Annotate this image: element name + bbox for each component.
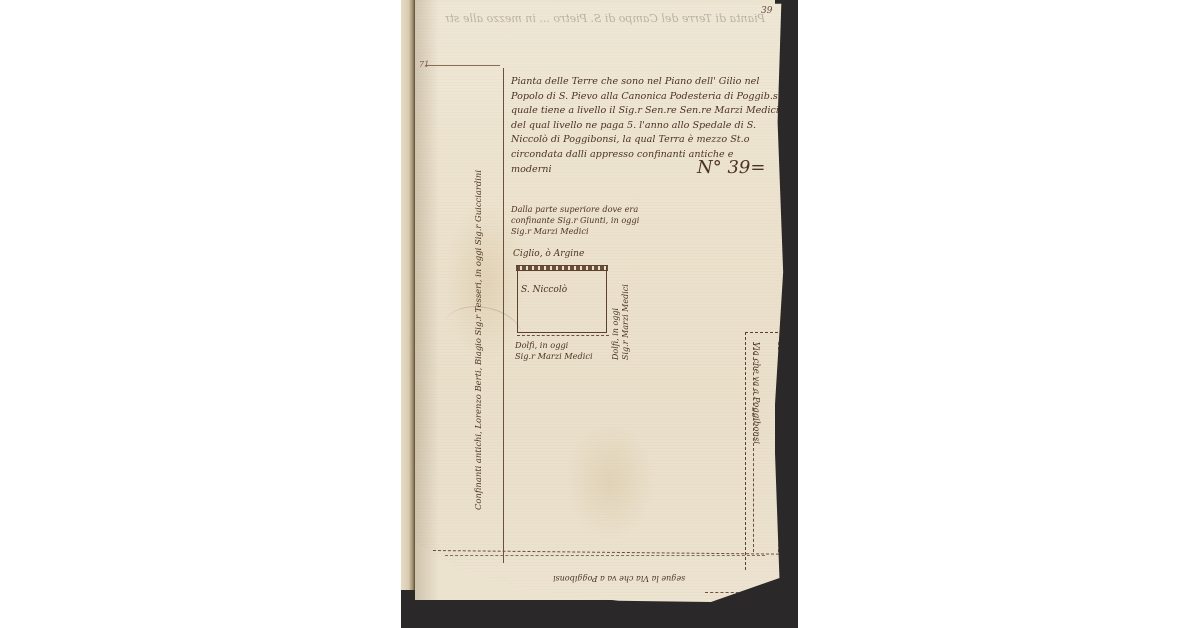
- folio-number: 39: [761, 6, 772, 16]
- plot-outline: [517, 265, 607, 333]
- bottom-dashed-line: [433, 550, 779, 555]
- manuscript-scan: Pianta di Terre del Campo di S. Pietro .…: [401, 0, 798, 628]
- bottom-dashed-line: [705, 592, 775, 593]
- heading-line: Pianta delle Terre che sono nel Piano de…: [511, 75, 797, 90]
- top-rule: [425, 65, 500, 66]
- upper-boundary-label: Dalla parte superiore dove era confinant…: [511, 204, 639, 237]
- bottom-inverted-note: segue la Via che va a Poggibonsi: [553, 574, 685, 583]
- lower-boundary-label: Dolfi, in oggi Sig.r Marzi Medici: [515, 340, 593, 362]
- heading-line: quale tiene a livello il Sig.r Sen.re Se…: [511, 104, 797, 119]
- plate-number: N° 39=: [697, 157, 765, 178]
- left-margin-vertical-label: Confinanti antichi, Lorenzo Berti, Biagi…: [473, 170, 483, 510]
- water-stain: [565, 422, 655, 542]
- margin-rule: [503, 68, 504, 563]
- road-vertical-label: Via che va a Poggibonsi: [751, 342, 761, 444]
- bottom-dashed-line: [445, 555, 765, 556]
- manuscript-page: Pianta di Terre del Campo di S. Pietro .…: [415, 2, 785, 602]
- heading-line: del qual livello ne paga 5. l'anno allo …: [511, 119, 797, 134]
- heading-line: Niccolò di Poggibonsi, la qual Terra è m…: [511, 133, 797, 148]
- right-of-plot-label: Dolfi, in oggi Sig.r Marzi Medici: [611, 284, 631, 360]
- ciglio-label: Ciglio, ò Argine: [513, 249, 584, 260]
- heading-line: Popolo di S. Pievo alla Canonica Podeste…: [511, 90, 797, 105]
- plot-dashed-edge: [517, 335, 609, 336]
- bleed-through-text: Pianta di Terre del Campo di S. Pietro .…: [445, 12, 765, 42]
- book-spine: [401, 0, 415, 590]
- plot-name-label: S. Niccolò: [521, 285, 567, 296]
